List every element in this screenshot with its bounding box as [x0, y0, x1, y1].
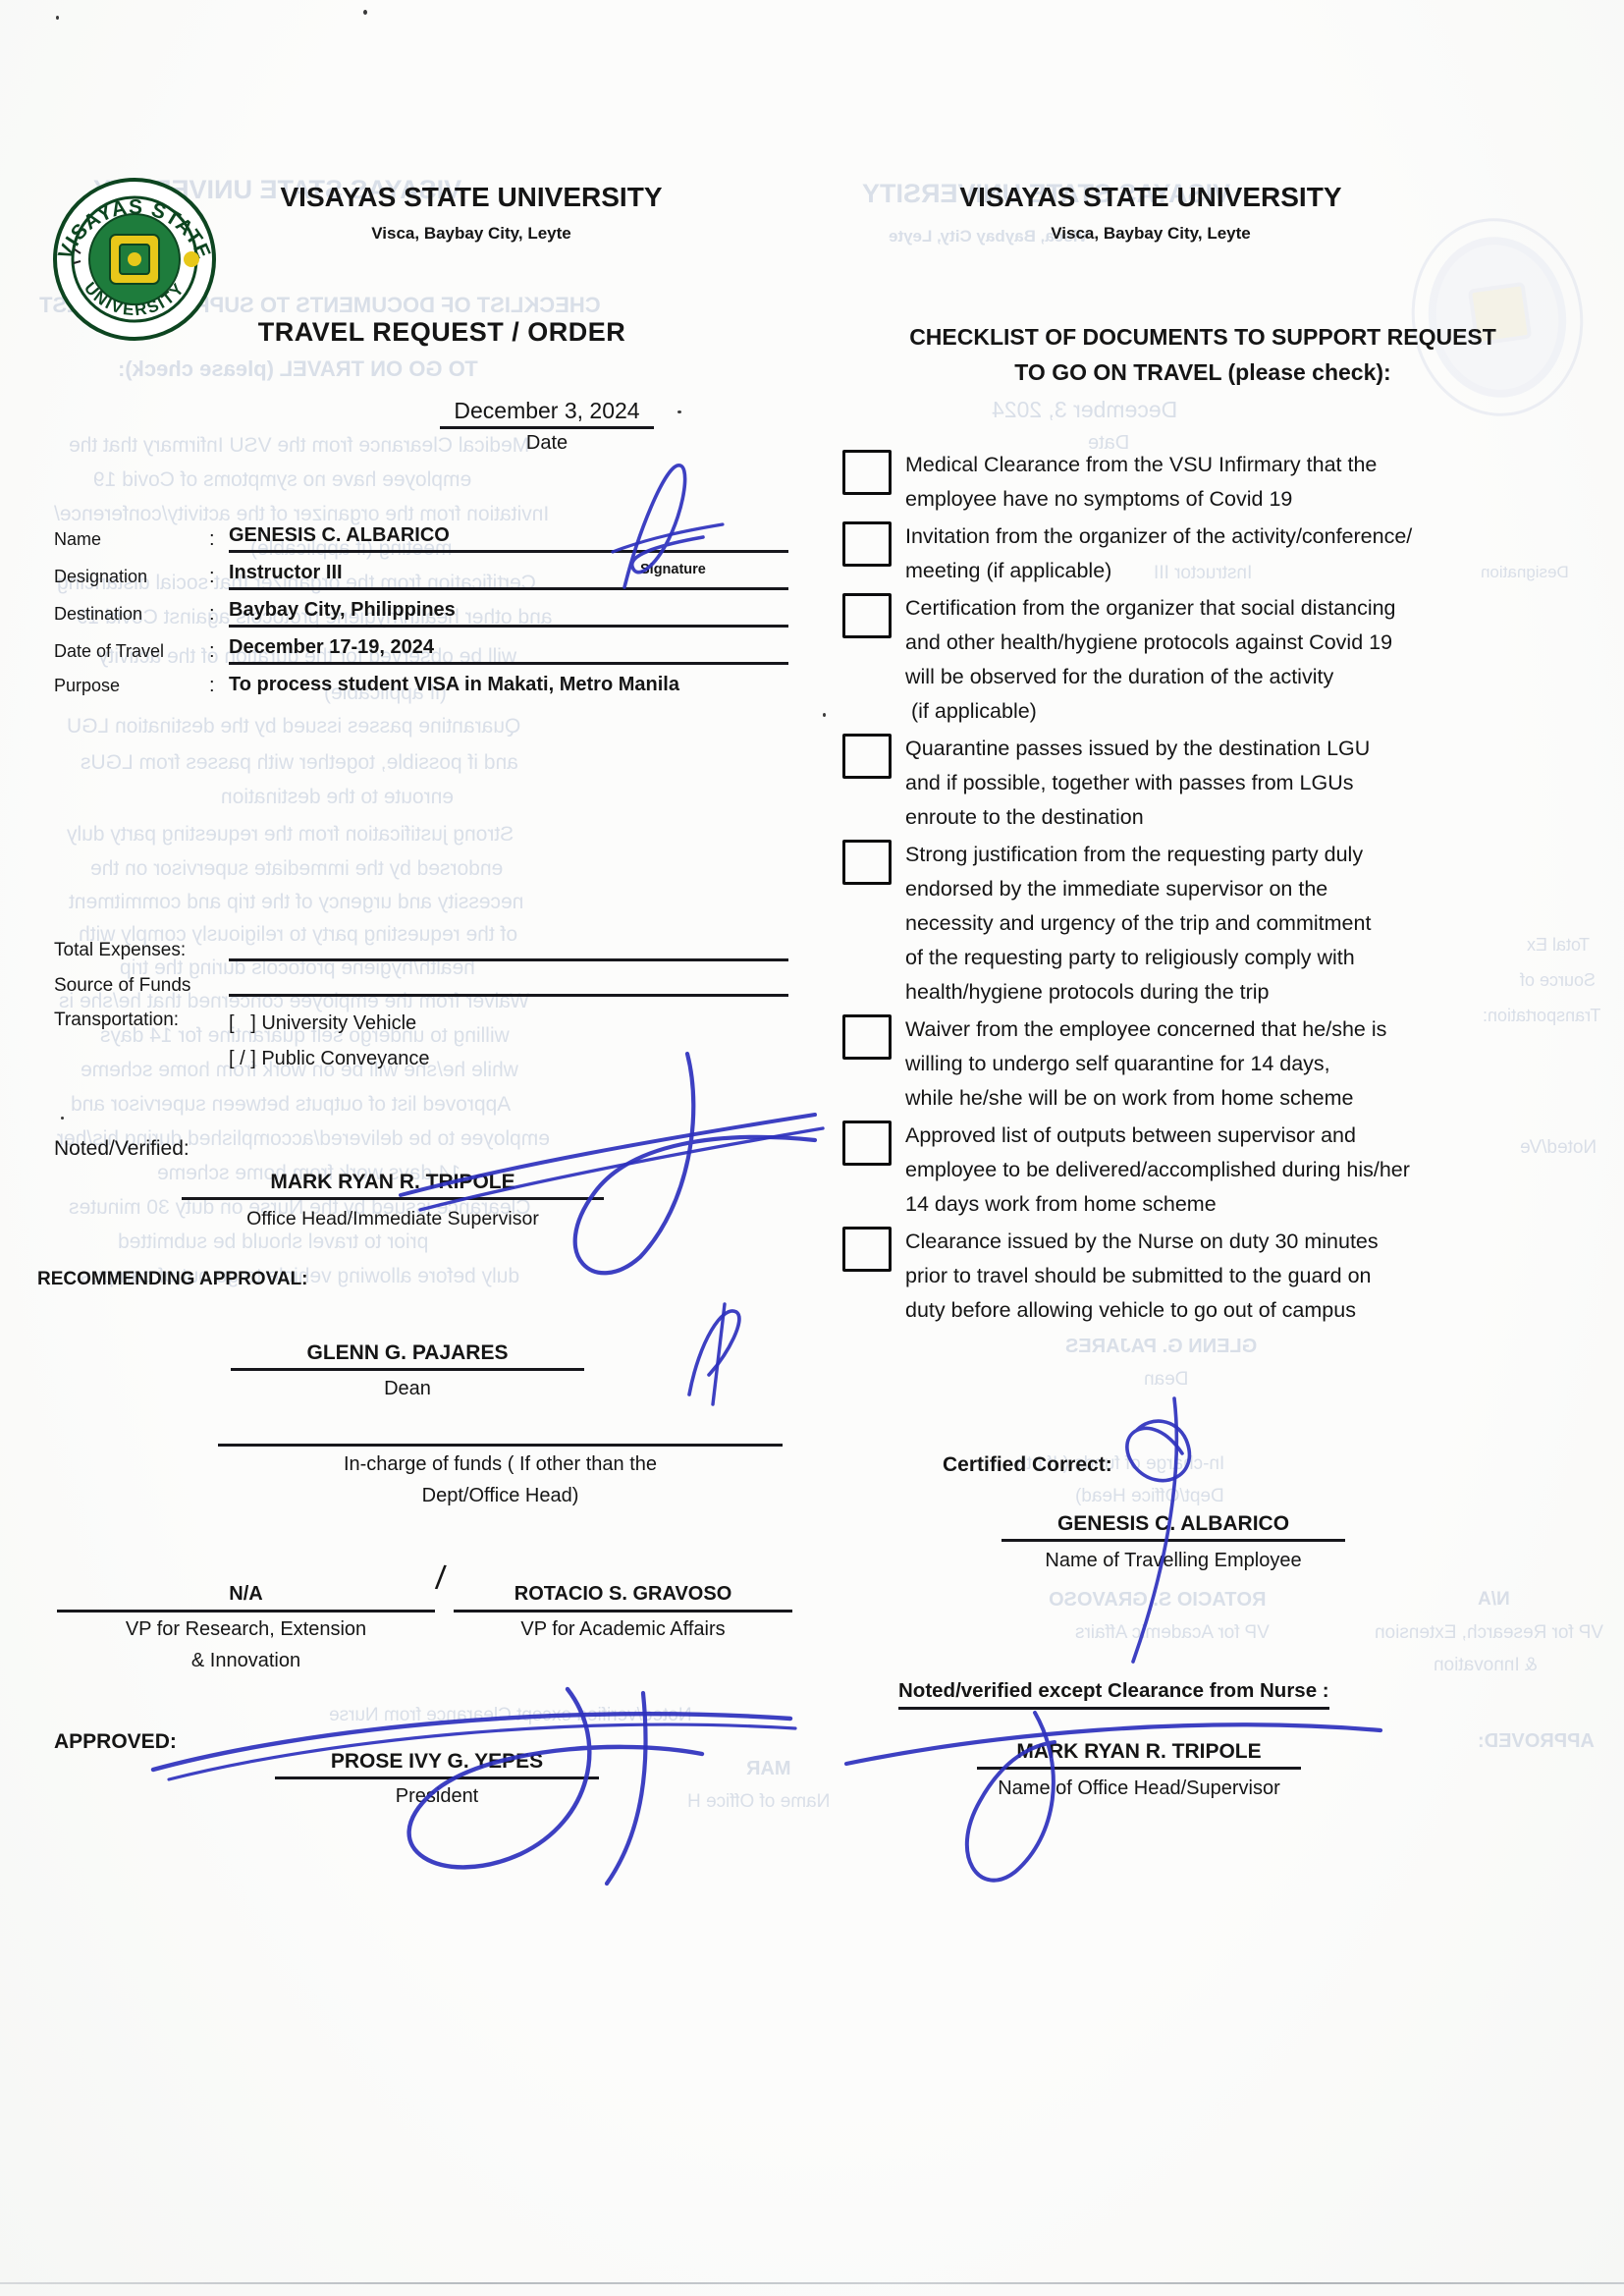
checklist-item: Approved list of outputs between supervi…	[842, 1119, 1574, 1222]
left-university-address: Visca, Baybay City, Leyte	[245, 224, 697, 244]
field-label: Purpose	[54, 673, 209, 699]
checklist-item: Waiver from the employee concerned that …	[842, 1012, 1574, 1116]
scan-speck	[823, 713, 826, 717]
bleed-through-text: N/A	[1478, 1589, 1510, 1611]
scan-speck	[61, 1117, 64, 1120]
checklist-item-line: employee have no symptoms of Covid 19	[905, 482, 1377, 517]
checklist-item-line: health/hygiene protocols during the trip	[905, 975, 1371, 1010]
transportation-label: Transportation:	[54, 1006, 229, 1076]
bleed-through-text: Dean	[1144, 1369, 1188, 1391]
checklist-item-line: willing to undergo self quarantine for 1…	[905, 1047, 1386, 1081]
checklist-item-line: and if possible, together with passes fr…	[905, 766, 1370, 800]
bleed-through-text: employee have no symptoms of Covid 19	[93, 468, 471, 492]
incharge-caption-2: Dept/Office Head)	[218, 1485, 783, 1507]
checkbox[interactable]	[842, 1121, 892, 1166]
scan-speck	[363, 10, 367, 15]
scan-speck	[677, 410, 681, 413]
vp-academic-title: VP for Academic Affairs	[454, 1618, 792, 1641]
checklist-item-line: Clearance issued by the Nurse on duty 30…	[905, 1225, 1379, 1259]
form-field-row: Destination:Baybay City, Philippines	[54, 597, 788, 628]
bleed-through-text: & Innovation	[1434, 1655, 1538, 1676]
date-value: December 3, 2024	[440, 398, 654, 429]
total-expenses-field[interactable]	[229, 935, 788, 961]
checklist-item-line: Quarantine passes issued by the destinat…	[905, 732, 1370, 766]
total-expenses-label: Total Expenses:	[54, 940, 229, 961]
checklist-item: Medical Clearance from the VSU Infirmary…	[842, 448, 1574, 517]
recommending-title: Dean	[231, 1378, 584, 1400]
bleed-through-text: Strong justification from the requesting…	[67, 823, 514, 847]
checklist-item-line: Medical Clearance from the VSU Infirmary…	[905, 448, 1377, 482]
field-value[interactable]: To process student VISA in Makati, Metro…	[229, 672, 788, 699]
checklist-item-text: Approved list of outputs between supervi…	[905, 1119, 1410, 1222]
source-of-funds-field[interactable]	[229, 970, 788, 997]
bleed-through-text: prior to travel should be submitted	[118, 1230, 428, 1254]
checklist-item-line: necessity and urgency of the trip and co…	[905, 906, 1371, 941]
noted-verified-label: Noted/Verified:	[54, 1137, 189, 1161]
vp-research-value: N/A	[57, 1583, 435, 1613]
bleed-through-text: endorsed by the immediate supervisor on …	[90, 857, 503, 881]
bleed-through-text: GLENN G. PAJARES	[1065, 1336, 1257, 1358]
bleed-through-text: December 3, 2024	[992, 397, 1177, 423]
checklist-item-line: Approved list of outputs between supervi…	[905, 1119, 1410, 1153]
checkbox[interactable]	[842, 1014, 892, 1060]
checkbox[interactable]	[842, 840, 892, 885]
checklist-title-1: CHECKLIST OF DOCUMENTS TO SUPPORT REQUES…	[839, 324, 1566, 351]
checklist-item: Invitation from the organizer of the act…	[842, 519, 1574, 588]
form-title: TRAVEL REQUEST / ORDER	[226, 317, 658, 348]
incharge-caption-1: In-charge of funds ( If other than the	[218, 1453, 783, 1476]
checklist-item: Quarantine passes issued by the destinat…	[842, 732, 1574, 835]
checklist-item-line: prior to travel should be submitted to t…	[905, 1259, 1379, 1293]
bleed-through-text: necessity and urgency of the trip and co…	[69, 891, 523, 914]
employee-signature	[607, 452, 730, 599]
checklist-item-line: Certification from the organizer that so…	[905, 591, 1396, 626]
checklist-item-text: Certification from the organizer that so…	[905, 591, 1396, 729]
noted-except-label: Noted/verified except Clearance from Nur…	[898, 1679, 1329, 1710]
field-label: Designation	[54, 564, 209, 590]
checklist-item-line: 14 days work from home scheme	[905, 1187, 1410, 1222]
field-colon: :	[209, 638, 229, 665]
checklist-item-text: Strong justification from the requesting…	[905, 838, 1371, 1010]
bleed-through-text: and if possible, together with passes fr…	[81, 751, 518, 775]
checklist-item-line: and other health/hygiene protocols again…	[905, 626, 1396, 660]
form-field-row: Purpose:To process student VISA in Makat…	[54, 672, 788, 699]
travelling-employee-signature	[1092, 1393, 1239, 1667]
checklist-item-line: enroute to the destination	[905, 800, 1370, 835]
checklist-item-text: Waiver from the employee concerned that …	[905, 1012, 1386, 1116]
office-head-signature	[842, 1707, 1402, 1903]
certified-correct-label: Certified Correct:	[943, 1453, 1112, 1477]
field-value[interactable]: December 17-19, 2024	[229, 634, 788, 665]
checklist-item-line: of the requesting party to religiously c…	[905, 941, 1371, 975]
checklist-item: Strong justification from the requesting…	[842, 838, 1574, 1010]
right-university-title: VISAYAS STATE UNIVERSITY	[895, 182, 1406, 213]
checklist-item: Clearance issued by the Nurse on duty 30…	[842, 1225, 1574, 1328]
field-label: Destination	[54, 601, 209, 628]
checklist-item-line: Invitation from the organizer of the act…	[905, 519, 1412, 554]
checklist-item-line: employee to be delivered/accomplished du…	[905, 1153, 1410, 1187]
checklist-item-text: Clearance issued by the Nurse on duty 30…	[905, 1225, 1379, 1328]
transport-option[interactable]: [ ] University Vehicle	[229, 1006, 430, 1041]
bleed-through-text: TO GO ON TRAVEL (please check):	[118, 356, 478, 382]
incharge-line[interactable]	[218, 1442, 783, 1447]
checkbox[interactable]	[842, 593, 892, 638]
vp-research-title-1: VP for Research, Extension	[57, 1618, 435, 1641]
checklist-item-line: while he/she will be on work from home s…	[905, 1081, 1386, 1116]
checkbox[interactable]	[842, 734, 892, 779]
vp-research-title-2: & Innovation	[57, 1650, 435, 1672]
checklist-item-line: will be observed for the duration of the…	[905, 660, 1396, 694]
checklist-item-line: duty before allowing vehicle to go out o…	[905, 1293, 1379, 1328]
checklist-item-line: (if applicable)	[905, 694, 1396, 729]
field-colon: :	[209, 601, 229, 628]
checklist-item: Certification from the organizer that so…	[842, 591, 1574, 729]
checklist: Medical Clearance from the VSU Infirmary…	[842, 448, 1574, 1331]
checklist-item-text: Medical Clearance from the VSU Infirmary…	[905, 448, 1377, 517]
scan-speck	[56, 16, 59, 20]
dean-signature	[668, 1298, 761, 1411]
checklist-item-line: Waiver from the employee concerned that …	[905, 1012, 1386, 1047]
field-value[interactable]: Baybay City, Philippines	[229, 597, 788, 628]
checklist-item-text: Invitation from the organizer of the act…	[905, 519, 1412, 588]
field-colon: :	[209, 526, 229, 553]
vp-academic-name: ROTACIO S. GRAVOSO	[454, 1583, 792, 1613]
field-label: Name	[54, 526, 209, 553]
bleed-through-text: Quarantine passes issued by the destinat…	[67, 715, 520, 738]
recommending-name: GLENN G. PAJARES	[231, 1341, 584, 1371]
bleed-through-text: enroute to the destination	[221, 786, 454, 809]
checklist-item-line: meeting (if applicable)	[905, 554, 1412, 588]
bleed-through-text: VP for Research, Extension	[1375, 1622, 1603, 1644]
field-colon: :	[209, 673, 229, 699]
scanned-travel-request-document: VISAYAS STATE UNIVERSITYCHECKLIST OF DOC…	[0, 0, 1624, 2296]
checklist-item-line: endorsed by the immediate supervisor on …	[905, 872, 1371, 906]
form-field-row: Date of Travel:December 17-19, 2024	[54, 634, 788, 665]
president-signature	[147, 1681, 835, 1907]
right-university-address: Visca, Baybay City, Leyte	[895, 224, 1406, 244]
checklist-item-line: Strong justification from the requesting…	[905, 838, 1371, 872]
field-colon: :	[209, 564, 229, 590]
university-logo: VISAYAS STATE UNIVERSITY	[51, 175, 218, 349]
checklist-title-2: TO GO ON TRAVEL (please check):	[839, 359, 1566, 386]
checkbox[interactable]	[842, 521, 892, 567]
supervisor-signature	[393, 1046, 825, 1306]
bleed-through-text: APPROVED:	[1478, 1730, 1595, 1753]
checkbox[interactable]	[842, 1227, 892, 1272]
checklist-item-text: Quarantine passes issued by the destinat…	[905, 732, 1370, 835]
checkbox[interactable]	[842, 450, 892, 495]
field-label: Date of Travel	[54, 638, 209, 665]
recommending-approval-label: RECOMMENDING APPROVAL:	[37, 1269, 308, 1290]
source-of-funds-label: Source of Funds	[54, 975, 229, 997]
left-university-title: VISAYAS STATE UNIVERSITY	[245, 182, 697, 213]
paper-bottom-edge	[0, 2282, 1624, 2284]
